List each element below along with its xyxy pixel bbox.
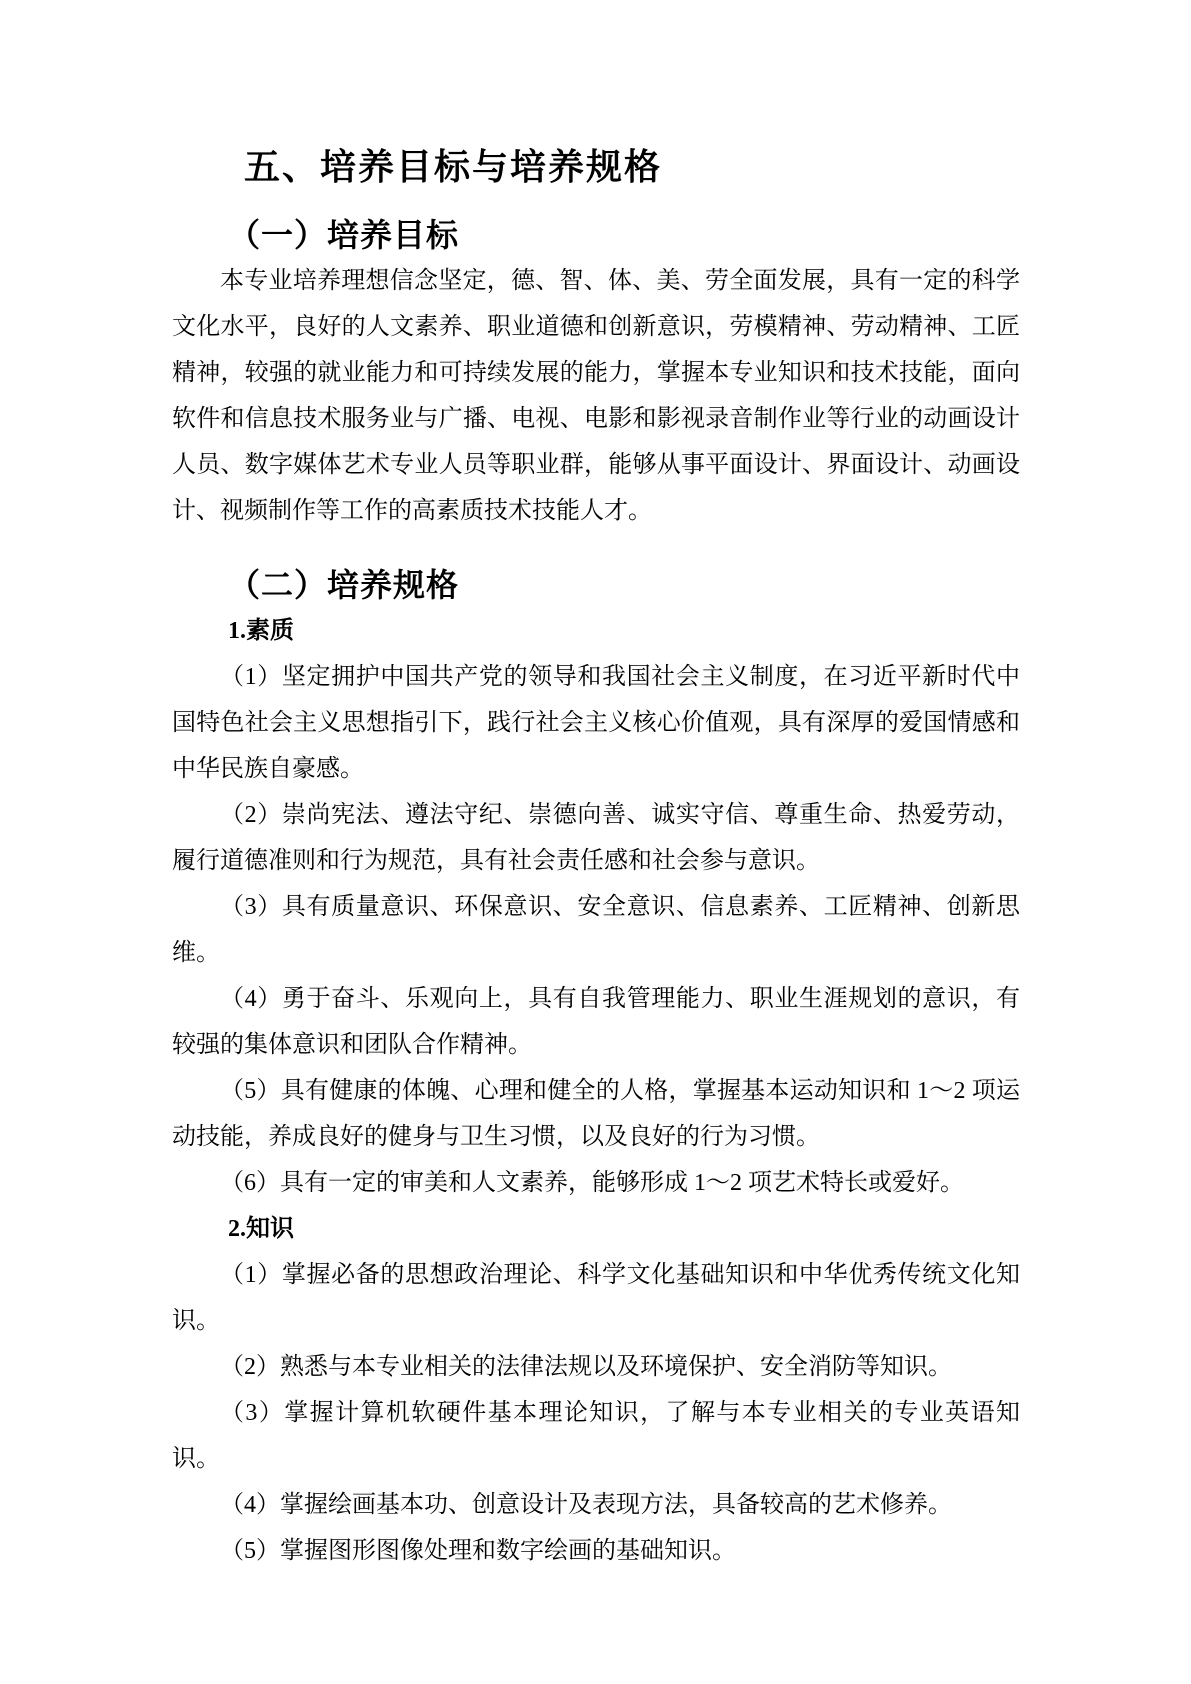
subsection-knowledge-title: 2.知识 [172, 1206, 1020, 1252]
quality-item-5: （5）具有健康的体魄、心理和健全的人格，掌握基本运动知识和 1～2 项运动技能，… [172, 1068, 1020, 1160]
knowledge-item-2: （2）熟悉与本专业相关的法律法规以及环境保护、安全消防等知识。 [172, 1344, 1020, 1390]
quality-item-2: （2）崇尚宪法、遵法守纪、崇德向善、诚实守信、尊重生命、热爱劳动，履行道德准则和… [172, 792, 1020, 884]
quality-item-3: （3）具有质量意识、环保意识、安全意识、信息素养、工匠精神、创新思维。 [172, 884, 1020, 976]
main-heading: 五、培养目标与培养规格 [172, 144, 1020, 190]
quality-item-4: （4）勇于奋斗、乐观向上，具有自我管理能力、职业生涯规划的意识，有较强的集体意识… [172, 976, 1020, 1068]
quality-item-6: （6）具有一定的审美和人文素养，能够形成 1～2 项艺术特长或爱好。 [172, 1160, 1020, 1206]
knowledge-item-1: （1）掌握必备的思想政治理论、科学文化基础知识和中华优秀传统文化知识。 [172, 1252, 1020, 1344]
knowledge-item-4: （4）掌握绘画基本功、创意设计及表现方法，具备较高的艺术修养。 [172, 1482, 1020, 1528]
subsection-quality-title: 1.素质 [172, 608, 1020, 654]
section-2-heading: （二）培养规格 [172, 562, 1020, 608]
knowledge-item-5: （5）掌握图形图像处理和数字绘画的基础知识。 [172, 1528, 1020, 1574]
quality-item-1: （1）坚定拥护中国共产党的领导和我国社会主义制度，在习近平新时代中国特色社会主义… [172, 654, 1020, 792]
section-1-paragraph: 本专业培养理想信念坚定，德、智、体、美、劳全面发展，具有一定的科学文化水平，良好… [172, 258, 1020, 534]
document-page: 五、培养目标与培养规格 （一）培养目标 本专业培养理想信念坚定，德、智、体、美、… [0, 0, 1191, 1684]
section-1-heading: （一）培养目标 [172, 212, 1020, 258]
knowledge-item-3: （3）掌握计算机软硬件基本理论知识，了解与本专业相关的专业英语知识。 [172, 1390, 1020, 1482]
